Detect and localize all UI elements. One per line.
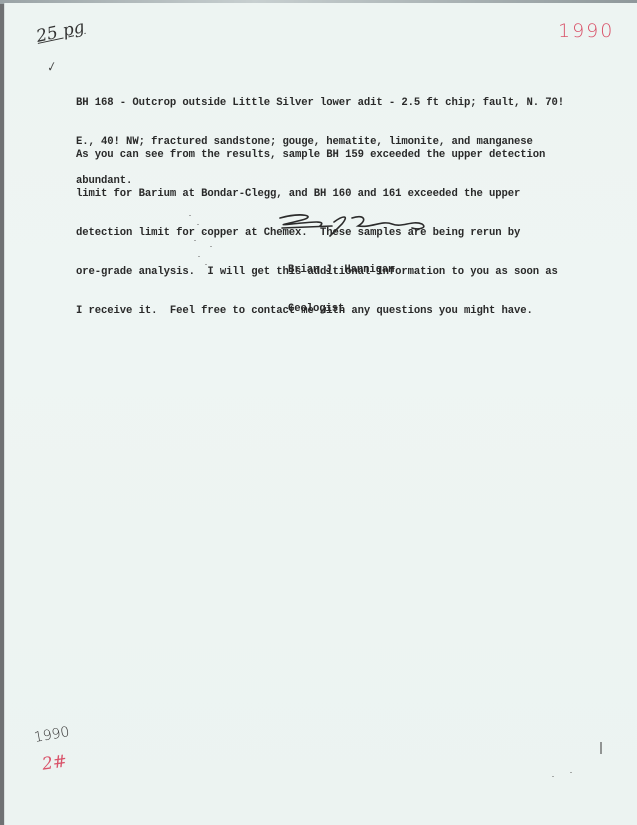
text-line: BH 168 - Outcrop outside Little Silver l… bbox=[76, 97, 564, 110]
signature-block: Brian J. Hannigan Geologist bbox=[288, 238, 394, 329]
signer-name: Brian J. Hannigan bbox=[288, 264, 394, 277]
text-line: As you can see from the results, sample … bbox=[76, 149, 558, 162]
year-annotation-red: 1990 bbox=[558, 20, 614, 42]
text-line: limit for Barium at Bondar-Clegg, and BH… bbox=[76, 188, 558, 201]
signer-title: Geologist bbox=[288, 303, 394, 316]
handwritten-signature bbox=[272, 210, 432, 238]
number-annotation-red: 2# bbox=[41, 751, 69, 774]
